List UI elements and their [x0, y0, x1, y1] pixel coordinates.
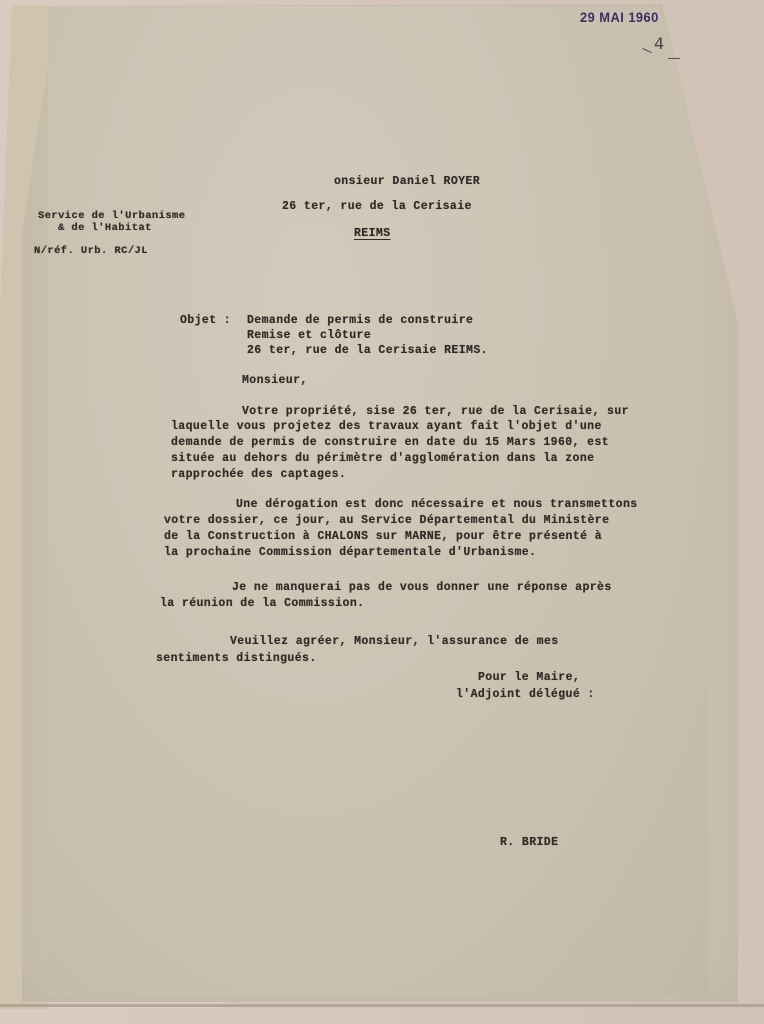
pencil-mark	[668, 58, 680, 59]
paper-bottom-edge	[0, 1004, 764, 1007]
closing-line: Veuillez agréer, Monsieur, l'assurance d…	[230, 635, 559, 648]
body-line: Votre propriété, sise 26 ter, rue de la …	[242, 405, 629, 418]
salutation: Monsieur,	[242, 374, 308, 387]
body-line: située au dehors du périmètre d'agglomér…	[171, 452, 594, 465]
recipient-street: 26 ter, rue de la Cerisaie	[282, 200, 472, 213]
signature-name: R. BRIDE	[500, 836, 558, 849]
subject-line3: 26 ter, rue de la Cerisaie REIMS.	[247, 344, 488, 357]
recipient-name: onsieur Daniel ROYER	[334, 175, 480, 188]
body-line: la réunion de la Commission.	[160, 597, 364, 610]
body-line: Je ne manquerai pas de vous donner une r…	[232, 581, 612, 594]
sender-reference: N/réf. Urb. RC/JL	[34, 245, 148, 257]
body-line: votre dossier, ce jour, au Service Dépar…	[164, 514, 609, 527]
body-line: rapprochée des captages.	[171, 468, 346, 481]
page-number-handwritten: 4	[654, 34, 664, 53]
signature-title-line2: l'Adjoint délégué :	[456, 688, 595, 701]
subject-line1: Demande de permis de construire	[247, 314, 473, 327]
body-line: demande de permis de construire en date …	[171, 436, 609, 449]
date-stamp: 29 MAI 1960	[580, 9, 659, 25]
body-line: de la Construction à CHALONS sur MARNE, …	[164, 530, 602, 543]
recipient-city: REIMS	[354, 227, 391, 240]
body-line: laquelle vous projetez des travaux ayant…	[171, 420, 602, 433]
subject-label: Objet :	[180, 314, 231, 327]
signature-title-line1: Pour le Maire,	[478, 671, 580, 684]
subject-line2: Remise et clôture	[247, 329, 371, 342]
sender-service-line1: Service de l'Urbanisme	[38, 210, 185, 222]
body-line: Une dérogation est donc nécessaire et no…	[236, 498, 638, 511]
sender-service-line2: & de l'Habitat	[58, 222, 152, 234]
closing-line: sentiments distingués.	[156, 652, 317, 665]
body-line: la prochaine Commission départementale d…	[164, 546, 536, 559]
